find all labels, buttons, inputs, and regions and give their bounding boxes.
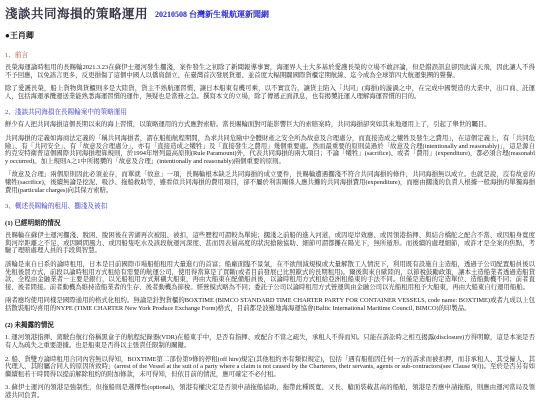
article-source: 20210508 台灣新生報航運新聞網 xyxy=(155,10,269,19)
article-author: ●王肖卿 xyxy=(5,30,535,41)
paragraph: 鮮少有人把共同海損這個長期以來的海上習慣，以策略運用的方式應對索賠。當長賜輪面對… xyxy=(5,121,535,129)
article-page: 淺談共同海損的策略運用20210508 台灣新生報航運新聞網 ●王肖卿 1、前言… xyxy=(0,0,540,400)
subsection-heading-2: (2) 未揭露的情況 xyxy=(5,319,535,329)
section-heading-2: 2、淺談共同海損在長賜輪案中的策略運用 xyxy=(5,106,535,116)
page-title: 淺談共同海損的策略運用 xyxy=(5,7,148,21)
paragraph: 長榮海運論時租用的長賜輪2021.3.23在蘇伊士運河發生擱淺，案件發生之初除了… xyxy=(5,64,535,79)
section-heading-3: 3、概述長賜輪的租用、擱淺及被扣 xyxy=(5,200,535,210)
paragraph: 3. 蘇伊士運河的領港是強制性，但拖船則是選擇性(optional)，領港有權決… xyxy=(5,384,535,399)
section-heading-1: 1、前言 xyxy=(5,49,535,59)
paragraph: 「故意及合理」兩個原則因此必須並存，而單就「故意」一項，長賜輪根本缺乏共同海損的… xyxy=(5,171,535,194)
paragraph: 2. 船、貨雙方論時租用合同內容無以得知，BOXTIME第二部份第9條的停租(o… xyxy=(5,356,535,379)
subsection-heading-1: (1) 已經明朗的情況 xyxy=(5,217,535,227)
paragraph: 共同海損的定義如海商法定義的「稱共同海損者，謂在船舶航程期間，為求共同危險中全體… xyxy=(5,135,535,165)
paragraph: 除了愛護長榮，船上貨物與貨櫃則多是大陸貨，貨主不熟航運習慣，讓日本船東有機可乘，… xyxy=(5,85,535,100)
paragraph: 長賜輪在蘇伊士運河擱淺、脫困、脫困後在苦湖再次被阻、被扣，這些歷程可謂較為單純；… xyxy=(5,232,535,255)
paragraph: 該輪是來自日系的論時租用，日本是目前國際市場船舶租用大量進行的首富；船廠面臨不景… xyxy=(5,261,535,291)
paragraph: 兩者應均使用同樣是國際通用的格式化租約。無論是針對貨櫃的BOXTIME (BIM… xyxy=(5,297,535,312)
paragraph: 1. 運河領港指揮、駕駛台航行俗稱黑盒子的航程紀錄器(VDR)在船東手中，是否有… xyxy=(5,334,535,349)
article-header: 淺談共同海損的策略運用20210508 台灣新生報航運新聞網 xyxy=(5,4,535,23)
